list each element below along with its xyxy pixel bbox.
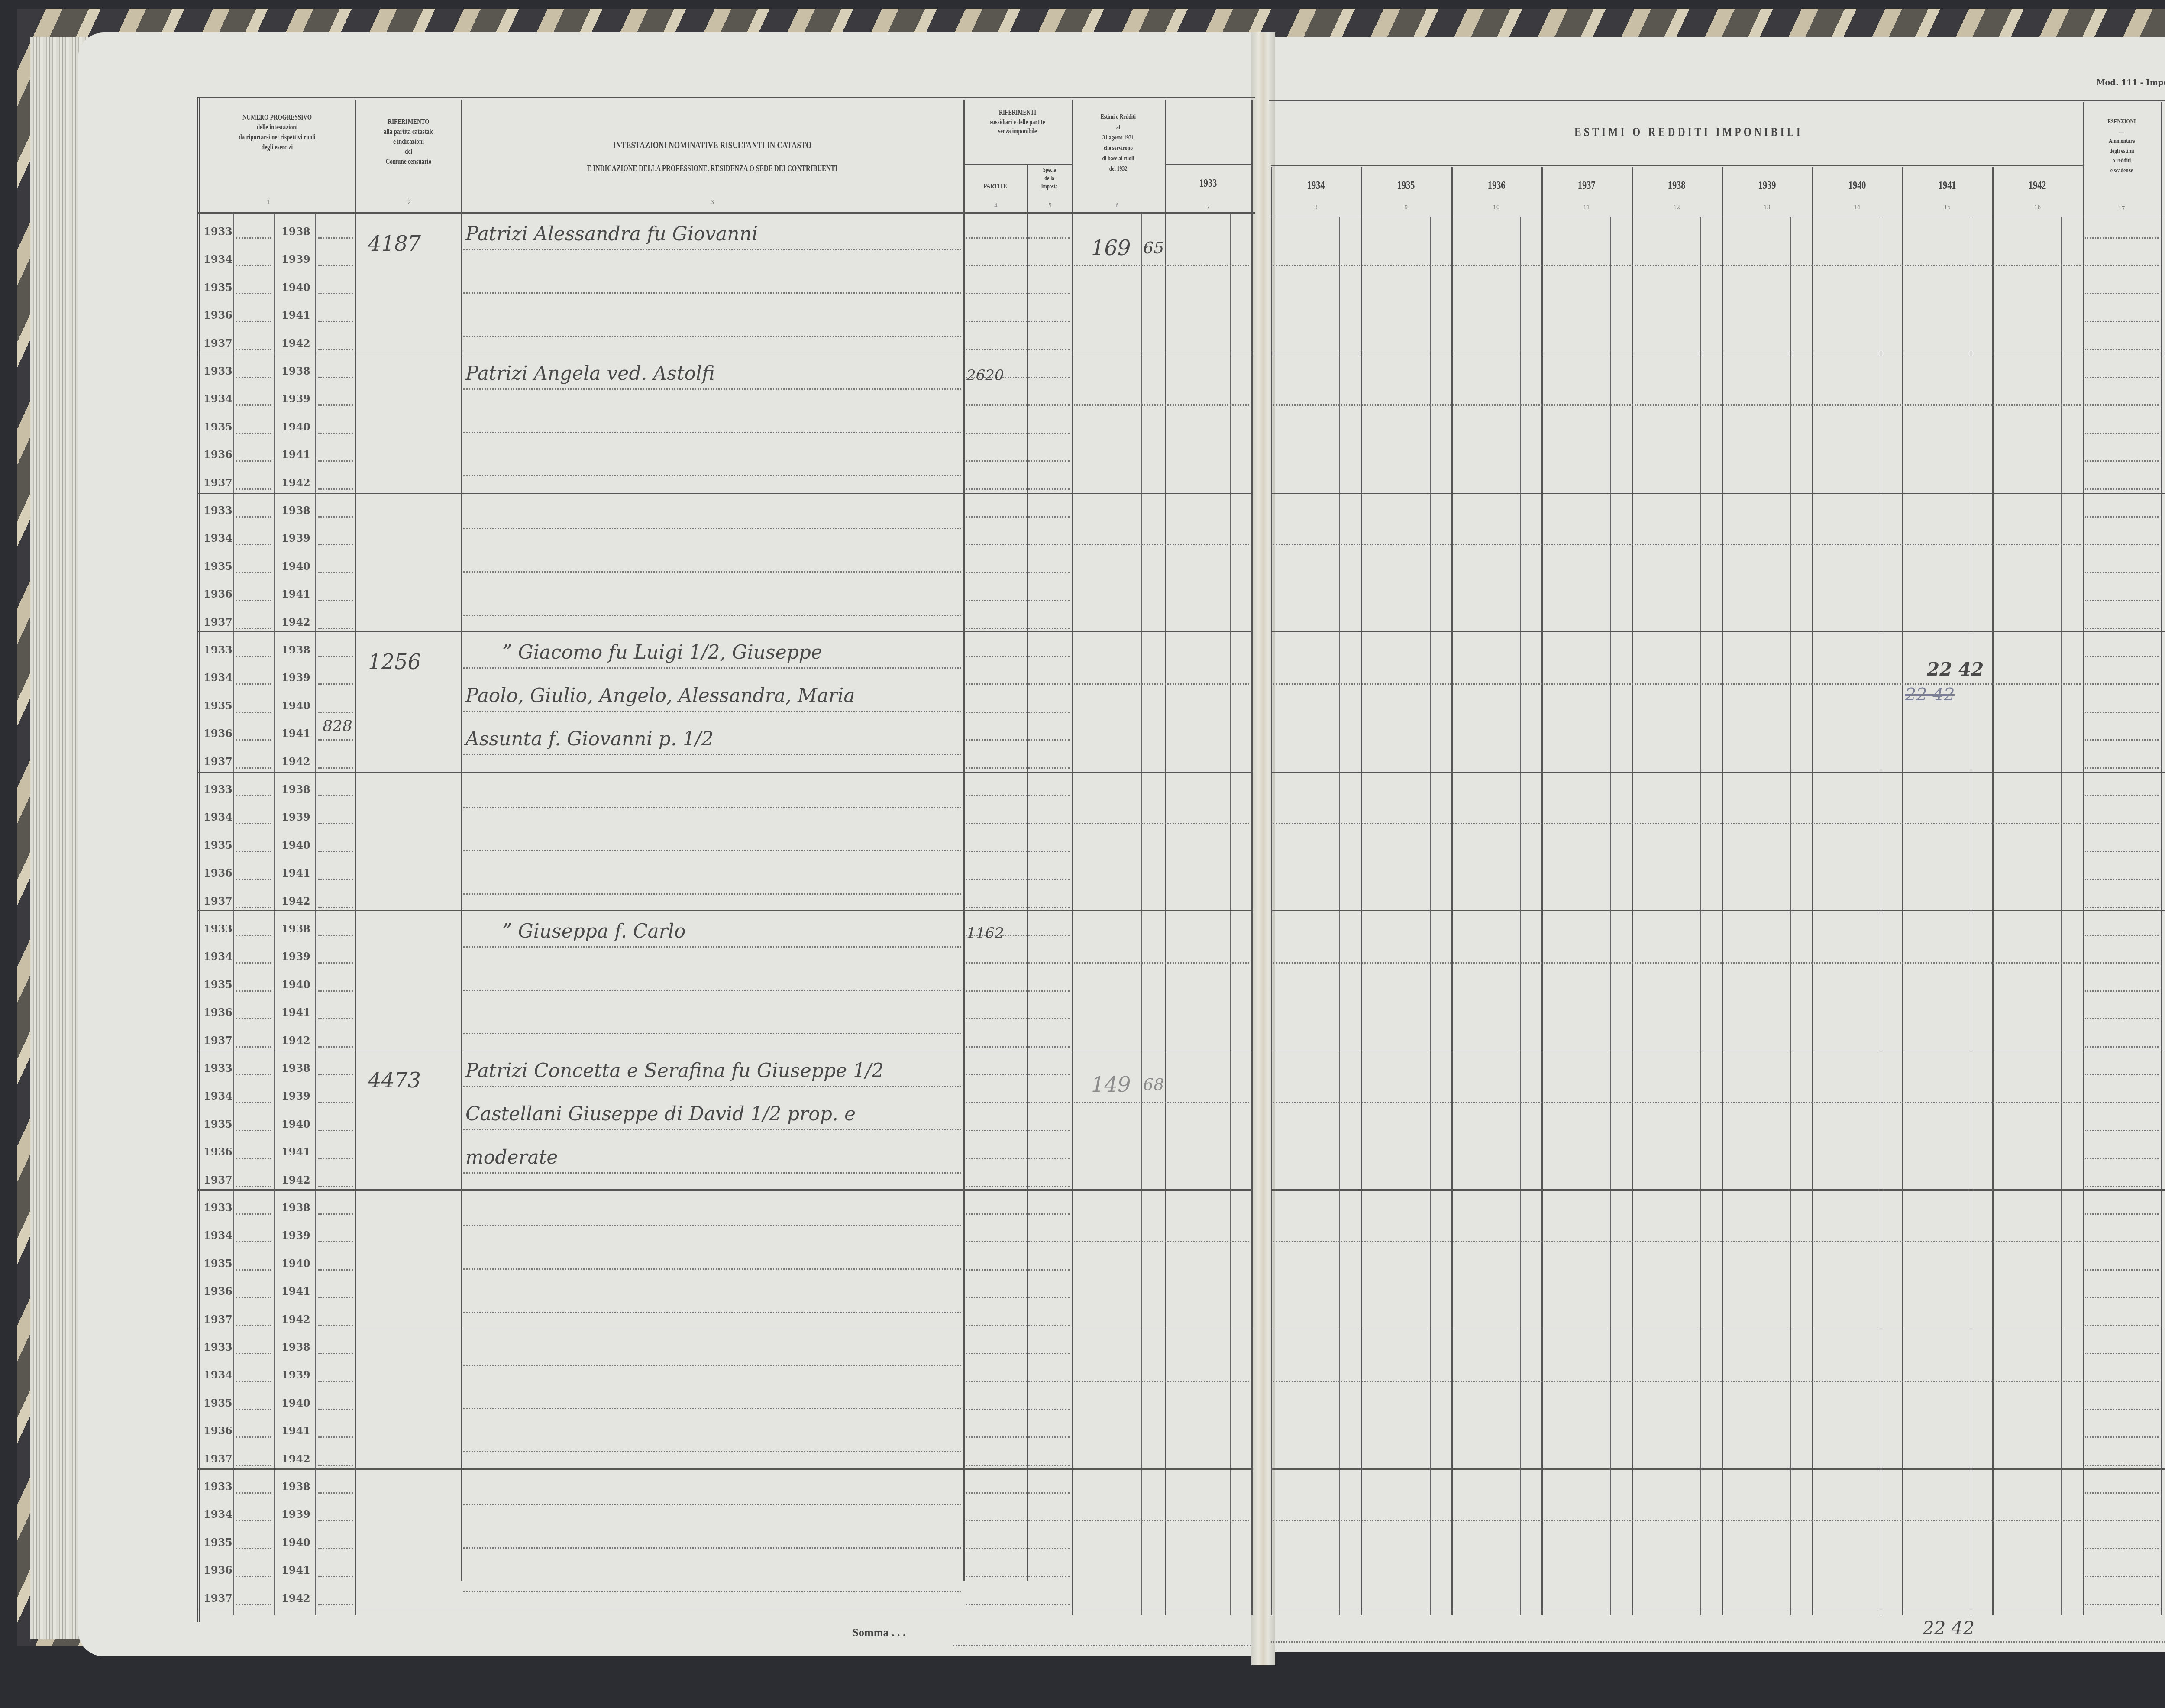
col1-sep-b xyxy=(274,214,275,1615)
name-dotted-line xyxy=(463,1225,961,1226)
row-dotted-line xyxy=(1074,1520,1249,1521)
row-dotted-line xyxy=(2085,321,2159,322)
row-dotted-line xyxy=(236,237,271,239)
row-year-right: 1938 xyxy=(281,225,310,238)
right-page xyxy=(1269,37,2165,1652)
row-year-right: 1938 xyxy=(281,1480,310,1493)
row-dotted-line xyxy=(236,739,271,741)
row-dotted-line xyxy=(318,767,353,769)
row-year-left: 1936 xyxy=(204,309,233,321)
col5-number: 5 xyxy=(1041,203,1059,209)
block-bottom-rule-right xyxy=(1271,1468,2165,1472)
row-year-right: 1938 xyxy=(281,1201,310,1214)
row-dotted-line xyxy=(318,1269,353,1271)
row-dotted-line xyxy=(318,1353,353,1354)
left-page-table-edge xyxy=(1251,100,1253,1615)
intestazione-line: Patrizi Alessandra fu Giovanni xyxy=(465,223,758,245)
name-dotted-line xyxy=(463,1547,961,1549)
header-partite: PARTITE xyxy=(970,182,1020,191)
row-year-right: 1940 xyxy=(281,1118,310,1130)
name-dotted-line xyxy=(463,336,961,337)
year-col-number: 8 xyxy=(1307,204,1325,210)
row-dotted-line xyxy=(318,600,353,601)
row-dotted-line xyxy=(2085,1520,2159,1521)
row-dotted-line xyxy=(236,293,271,294)
row-dotted-line xyxy=(236,1269,271,1271)
name-dotted-line xyxy=(463,1172,961,1174)
row-year-right: 1939 xyxy=(281,392,310,405)
row-dotted-line xyxy=(236,962,271,964)
row-year-left: 1933 xyxy=(204,922,233,935)
row-dotted-line xyxy=(2085,516,2159,518)
block-bottom-rule-right xyxy=(1271,910,2165,914)
row-year-left: 1934 xyxy=(204,1508,233,1520)
row-year-right: 1940 xyxy=(281,281,310,294)
year-cent-sep xyxy=(1430,217,1431,1615)
row-dotted-line xyxy=(318,377,353,378)
block-bottom-rule-right xyxy=(1271,631,2165,635)
row-dotted-line xyxy=(318,712,353,713)
row-year-right: 1939 xyxy=(281,671,310,684)
row-year-left: 1937 xyxy=(204,337,233,349)
row-dotted-line xyxy=(236,656,271,657)
hdr-sep-col4-col5 xyxy=(1027,164,1028,1581)
intestazione-line: Assunta f. Giovanni p. 1/2 xyxy=(465,728,714,750)
row-year-right: 1939 xyxy=(281,1090,310,1102)
row-dotted-line xyxy=(318,544,353,545)
block-bottom-rule-right xyxy=(1271,771,2165,774)
somma-line-right xyxy=(1271,1641,2165,1643)
row-year-right: 1941 xyxy=(281,1285,310,1297)
header-col3-title: INTESTAZIONI NOMINATIVE RISULTANTI IN CA… xyxy=(517,139,908,152)
row-year-left: 1935 xyxy=(204,1397,233,1409)
row-year-right: 1939 xyxy=(281,1508,310,1520)
row-dotted-line xyxy=(318,349,353,350)
sep-annotazioni-left xyxy=(2161,102,2162,1615)
block-bottom-rule-right xyxy=(1271,1189,2165,1193)
intestazione-line: Castellani Giuseppe di David 1/2 prop. e xyxy=(465,1103,856,1125)
row-year-left: 1934 xyxy=(204,1368,233,1381)
row-dotted-line xyxy=(966,1353,1070,1354)
row-dotted-line xyxy=(966,1213,1070,1215)
row-dotted-line xyxy=(236,488,271,490)
row-dotted-line xyxy=(966,823,1070,824)
row-year-left: 1934 xyxy=(204,671,233,684)
year-header: 1938 xyxy=(1642,178,1712,193)
row-dotted-line xyxy=(236,879,271,880)
year-cent-sep xyxy=(1339,217,1340,1615)
row-dotted-line xyxy=(236,990,271,992)
row-dotted-line xyxy=(2085,377,2159,378)
row-dotted-line xyxy=(318,516,353,518)
year-header: 1937 xyxy=(1551,178,1622,193)
name-dotted-line xyxy=(463,1033,961,1034)
row-dotted-line xyxy=(1273,544,2081,545)
year-header: 1939 xyxy=(1732,178,1802,193)
block-bottom-rule-right xyxy=(1271,353,2165,356)
row-dotted-line xyxy=(966,572,1070,573)
row-year-right: 1940 xyxy=(281,839,310,851)
row-dotted-line xyxy=(318,265,353,266)
year-header: 1935 xyxy=(1371,178,1441,193)
row-year-left: 1937 xyxy=(204,1452,233,1465)
name-dotted-line xyxy=(463,475,961,476)
row-dotted-line xyxy=(2085,1186,2159,1187)
row-dotted-line xyxy=(2085,237,2159,239)
row-dotted-line xyxy=(318,823,353,824)
row-dotted-line xyxy=(236,1604,271,1605)
row-dotted-line xyxy=(236,1186,271,1187)
row-dotted-line xyxy=(966,544,1070,545)
row-dotted-line xyxy=(2085,907,2159,908)
row-dotted-line xyxy=(1273,404,2081,406)
hdr-sep-col2-col3 xyxy=(461,100,462,1581)
row-dotted-line xyxy=(318,907,353,908)
row-dotted-line xyxy=(236,823,271,824)
row-year-right: 1940 xyxy=(281,421,310,433)
table-top-border-left xyxy=(198,97,1255,101)
somma-line-left xyxy=(953,1645,1251,1646)
row-dotted-line xyxy=(236,1130,271,1131)
row-dotted-line xyxy=(1074,1102,1249,1103)
year-col-sep xyxy=(1722,167,1723,1615)
row-dotted-line xyxy=(2085,1297,2159,1298)
row-year-left: 1933 xyxy=(204,1480,233,1493)
row-year-left: 1934 xyxy=(204,811,233,823)
row-dotted-line xyxy=(236,1074,271,1075)
col1-sep-a xyxy=(233,214,234,1615)
row-year-right: 1942 xyxy=(281,755,310,768)
row-dotted-line xyxy=(1273,683,2081,685)
row-year-right: 1938 xyxy=(281,1062,310,1074)
name-dotted-line xyxy=(463,990,961,991)
row-year-left: 1935 xyxy=(204,560,233,573)
row-dotted-line xyxy=(318,739,353,741)
year-col-sep xyxy=(1992,167,1994,1615)
row-dotted-line xyxy=(2085,1604,2159,1605)
row-dotted-line xyxy=(1273,265,2081,266)
row-year-left: 1934 xyxy=(204,532,233,544)
row-dotted-line xyxy=(318,1520,353,1521)
row-dotted-line xyxy=(966,1520,1070,1521)
row-year-right: 1941 xyxy=(281,309,310,321)
row-dotted-line xyxy=(966,1241,1070,1242)
row-dotted-line xyxy=(236,377,271,378)
row-dotted-line xyxy=(966,1102,1070,1103)
partita-number: 4473 xyxy=(368,1068,421,1093)
row-dotted-line xyxy=(236,683,271,685)
row-year-right: 1941 xyxy=(281,1564,310,1576)
row-dotted-line xyxy=(966,1074,1070,1075)
row-dotted-line xyxy=(966,1130,1070,1131)
year-col-sep xyxy=(1541,167,1543,1615)
row-dotted-line xyxy=(966,293,1070,294)
year-cent-sep xyxy=(2061,217,2062,1615)
block-bottom-rule xyxy=(198,353,1253,356)
name-dotted-line xyxy=(463,754,961,755)
row-dotted-line xyxy=(1273,1520,2081,1521)
hdr-sep-col5-col6 xyxy=(1072,100,1073,1615)
col6-number: 6 xyxy=(1108,203,1126,209)
row-year-right: 1941 xyxy=(281,727,310,740)
col2-number: 2 xyxy=(401,199,418,205)
row-year-right: 1940 xyxy=(281,1536,310,1549)
row-year-right: 1939 xyxy=(281,1229,310,1242)
row-dotted-line xyxy=(236,712,271,713)
row-year-left: 1935 xyxy=(204,1536,233,1549)
row-dotted-line xyxy=(236,1353,271,1354)
header-estimi-title: ESTIMI O REDDITI IMPONIBILI xyxy=(1452,123,1925,141)
header-riferimenti: RIFERIMENTI sussidiari e delle partite s… xyxy=(976,108,1060,136)
row-dotted-line xyxy=(1074,1241,1249,1242)
header-col1: NUMERO PROGRESSIVO delle intestazioni da… xyxy=(216,113,338,152)
row-year-right: 1939 xyxy=(281,811,310,823)
row-dotted-line xyxy=(966,1465,1070,1466)
row-year-left: 1936 xyxy=(204,727,233,740)
header-col6: Estimi o Redditi al 31 agosto 1931 che s… xyxy=(1082,112,1155,174)
row-dotted-line xyxy=(2085,1436,2159,1438)
name-dotted-line xyxy=(463,528,961,529)
row-dotted-line xyxy=(1273,1381,2081,1382)
block-bottom-rule-right xyxy=(1271,1608,2165,1611)
year-header: 1933 xyxy=(1174,175,1242,191)
block-bottom-rule xyxy=(198,910,1253,914)
row-dotted-line xyxy=(966,990,1070,992)
row-year-left: 1933 xyxy=(204,1062,233,1074)
row-dotted-line xyxy=(318,1409,353,1410)
name-dotted-line xyxy=(463,1086,961,1087)
row-dotted-line xyxy=(966,851,1070,852)
row-year-right: 1941 xyxy=(281,448,310,461)
row-dotted-line xyxy=(966,907,1070,908)
estimo-1931-lire: 149 xyxy=(1091,1073,1131,1097)
year-header: 1941 xyxy=(1912,178,1982,193)
year-col-number: 11 xyxy=(1578,204,1595,210)
row-dotted-line xyxy=(966,1158,1070,1159)
row-dotted-line xyxy=(236,1241,271,1242)
estimo-1931-cent: 65 xyxy=(1143,238,1164,257)
row-dotted-line xyxy=(2085,265,2159,266)
row-dotted-line xyxy=(236,349,271,350)
hdr-sep-col6-col7 xyxy=(1165,100,1166,1615)
row-dotted-line xyxy=(2085,990,2159,992)
row-dotted-line xyxy=(966,739,1070,741)
row-year-left: 1935 xyxy=(204,1257,233,1270)
row-dotted-line xyxy=(2085,851,2159,852)
row-year-left: 1936 xyxy=(204,1564,233,1576)
row-dotted-line xyxy=(236,600,271,601)
row-year-left: 1933 xyxy=(204,644,233,656)
row-year-left: 1936 xyxy=(204,1006,233,1019)
row-dotted-line xyxy=(318,460,353,462)
intestazione-line: Patrizi Concetta e Serafina fu Giuseppe … xyxy=(465,1060,884,1082)
year-col-sep xyxy=(1451,167,1453,1615)
table-top-border-right xyxy=(1269,100,2165,104)
row-year-right: 1942 xyxy=(281,1313,310,1326)
row-year-left: 1936 xyxy=(204,867,233,879)
row-dotted-line xyxy=(236,1018,271,1019)
block-bottom-rule-right xyxy=(1271,1050,2165,1053)
row-dotted-line xyxy=(318,293,353,294)
row-dotted-line xyxy=(966,1186,1070,1187)
row-dotted-line xyxy=(318,962,353,964)
row-dotted-line xyxy=(236,1548,271,1549)
name-dotted-line xyxy=(463,432,961,433)
year-header: 1942 xyxy=(2002,178,2072,193)
row-dotted-line xyxy=(2085,1381,2159,1382)
row-dotted-line xyxy=(966,237,1070,239)
row-year-left: 1933 xyxy=(204,783,233,796)
somma-1941-value: 22 42 xyxy=(1923,1617,1974,1639)
row-year-right: 1938 xyxy=(281,1341,310,1353)
row-dotted-line xyxy=(2085,712,2159,713)
row-dotted-line xyxy=(966,1604,1070,1605)
year-col-number: 13 xyxy=(1758,204,1776,210)
col4-number: 4 xyxy=(987,203,1005,209)
row-dotted-line xyxy=(2085,1353,2159,1354)
year-cent-sep xyxy=(1700,217,1701,1615)
row-year-right: 1939 xyxy=(281,1368,310,1381)
row-dotted-line xyxy=(236,1436,271,1438)
intestazione-line: ” Giuseppa f. Carlo xyxy=(502,920,685,942)
row-dotted-line xyxy=(2085,935,2159,936)
row-dotted-line xyxy=(2085,795,2159,796)
partita-number: 1256 xyxy=(368,650,421,674)
row-year-right: 1942 xyxy=(281,1452,310,1465)
header-col2: RIFERIMENTO alla partita catastale e ind… xyxy=(368,117,450,167)
row-dotted-line xyxy=(318,1604,353,1605)
row-dotted-line xyxy=(2085,1576,2159,1577)
row-dotted-line xyxy=(2085,1074,2159,1075)
row-dotted-line xyxy=(318,795,353,796)
header-col3-subtitle: E INDICAZIONE DELLA PROFESSIONE, RESIDEN… xyxy=(517,163,908,175)
name-dotted-line xyxy=(463,667,961,669)
row-dotted-line xyxy=(966,1548,1070,1549)
row-dotted-line xyxy=(236,1409,271,1410)
row-dotted-line xyxy=(966,433,1070,434)
row-dotted-line xyxy=(1074,265,1249,266)
row-dotted-line xyxy=(236,404,271,406)
row-year-right: 1940 xyxy=(281,699,310,712)
row-dotted-line xyxy=(1273,962,2081,964)
row-dotted-line xyxy=(318,1018,353,1019)
table-left-border xyxy=(197,97,200,1622)
row-dotted-line xyxy=(236,1325,271,1326)
row-dotted-line xyxy=(318,237,353,239)
row-dotted-line xyxy=(236,1520,271,1521)
row-dotted-line xyxy=(2085,544,2159,545)
row-dotted-line xyxy=(236,544,271,545)
row-dotted-line xyxy=(318,851,353,852)
intestazione-line: moderate xyxy=(465,1146,558,1168)
row-year-left: 1933 xyxy=(204,504,233,517)
year-header: 1940 xyxy=(1822,178,1892,193)
col3-number: 3 xyxy=(704,199,721,205)
name-dotted-line xyxy=(463,1451,961,1452)
riferimenti-sub-rule xyxy=(963,163,1072,166)
row-dotted-line xyxy=(966,1576,1070,1577)
row-dotted-line xyxy=(318,990,353,992)
row-dotted-line xyxy=(236,1158,271,1159)
row-dotted-line xyxy=(236,628,271,629)
row-year-right: 1942 xyxy=(281,895,310,907)
name-dotted-line xyxy=(463,1365,961,1366)
value-1941-struck: 22 42 xyxy=(1905,685,1955,705)
row-dotted-line xyxy=(2085,488,2159,490)
row-dotted-line xyxy=(318,1297,353,1298)
row-dotted-line xyxy=(2085,1548,2159,1549)
row-dotted-line xyxy=(966,1297,1070,1298)
row-dotted-line xyxy=(2085,1213,2159,1215)
row-dotted-line xyxy=(318,1158,353,1159)
row-dotted-line xyxy=(1074,544,1249,545)
row-year-left: 1933 xyxy=(204,225,233,238)
row-year-left: 1937 xyxy=(204,1174,233,1186)
intestazione-line: Patrizi Angela ved. Astolfi xyxy=(465,362,714,385)
row-year-right: 1940 xyxy=(281,560,310,573)
row-dotted-line xyxy=(2085,628,2159,629)
row-dotted-line xyxy=(318,572,353,573)
row-year-right: 1941 xyxy=(281,1006,310,1019)
row-dotted-line xyxy=(966,1269,1070,1271)
row-year-right: 1938 xyxy=(281,644,310,656)
row-dotted-line xyxy=(318,1241,353,1242)
row-dotted-line xyxy=(236,516,271,518)
row-dotted-line xyxy=(966,1436,1070,1438)
row-year-left: 1937 xyxy=(204,1034,233,1047)
row-dotted-line xyxy=(236,1492,271,1494)
right-table-left-edge xyxy=(1271,167,1272,1615)
row-dotted-line xyxy=(2085,1102,2159,1103)
row-dotted-line xyxy=(2085,823,2159,824)
block-bottom-rule xyxy=(198,1329,1253,1332)
row-dotted-line xyxy=(236,1576,271,1577)
row-dotted-line xyxy=(966,683,1070,685)
row-dotted-line xyxy=(236,1297,271,1298)
row-dotted-line xyxy=(966,628,1070,629)
year-cent-sep xyxy=(1971,217,1971,1615)
row-year-left: 1935 xyxy=(204,421,233,433)
row-year-right: 1938 xyxy=(281,783,310,796)
row-dotted-line xyxy=(2085,1158,2159,1159)
row-dotted-line xyxy=(318,1046,353,1048)
row-dotted-line xyxy=(2085,1130,2159,1131)
row-dotted-line xyxy=(2085,1409,2159,1410)
col7-cent-sep xyxy=(1230,214,1231,1615)
year-col-sep xyxy=(1902,167,1903,1615)
row-year-right: 1942 xyxy=(281,616,310,628)
row-year-right: 1939 xyxy=(281,532,310,544)
name-dotted-line xyxy=(463,807,961,808)
name-dotted-line xyxy=(463,388,961,390)
name-dotted-line xyxy=(463,1591,961,1592)
name-dotted-line xyxy=(463,1504,961,1505)
row-dotted-line xyxy=(966,265,1070,266)
row-dotted-line xyxy=(236,907,271,908)
row-dotted-line xyxy=(236,851,271,852)
row-year-left: 1934 xyxy=(204,392,233,405)
row-year-left: 1937 xyxy=(204,616,233,628)
row-dotted-line xyxy=(2085,1269,2159,1271)
year-col-number: 15 xyxy=(1939,204,1956,210)
year-col-number: 9 xyxy=(1397,204,1415,210)
row-dotted-line xyxy=(318,1186,353,1187)
row-year-right: 1938 xyxy=(281,922,310,935)
estimo-1931-cent: 68 xyxy=(1143,1075,1164,1094)
years-sub-rule-right xyxy=(1271,165,2083,169)
row-dotted-line xyxy=(236,1046,271,1048)
value-1941: 22 42 xyxy=(1927,659,1984,680)
